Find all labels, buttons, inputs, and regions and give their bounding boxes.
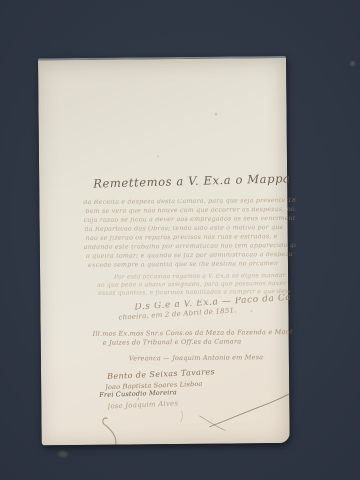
manuscript-address-line: Ill.mos Ex.mos Snr.s Cons.os da Meza da … [93, 329, 293, 337]
manuscript-body-line: andando este trabalho por arrematacao na… [84, 243, 296, 251]
photo-scene: Remettemos a V. Ex.a o Mappa incluso da … [0, 0, 360, 480]
manuscript-address-line: e Juizes do Tribunal e Off.es da Camara [103, 338, 265, 346]
manuscript-body-line: da Receita e despeza desta Camara, para … [83, 198, 295, 206]
board-pin-hole-dot [349, 60, 357, 68]
manuscript-body-line: cuja razao se ficou a dever aos empregad… [84, 216, 296, 224]
paper-speck [137, 397, 139, 400]
manuscript-body-line: nao se fizerao os reparos precisos nas r… [86, 234, 296, 242]
paper-speck [157, 155, 159, 157]
manuscript-body-line: bem se vera que nao houve com que occorr… [85, 207, 295, 215]
manuscript-heading: Remettemos a V. Ex.a o Mappa incluso [93, 173, 295, 190]
signature-line: Jose Joaquim Alves [107, 399, 211, 411]
manuscript-body-line: excede sempre a quantia que se lhe desti… [88, 261, 278, 269]
manuscript-address-line: Vereanca — Joaquim Antonio em Mesa [129, 354, 271, 362]
manuscript-petition-line: Por esta occasiao rogamos a V. Ex.a se d… [114, 273, 294, 281]
manuscript-petition-line: ao que pede o abaixo assignado, para que… [97, 281, 293, 289]
paper-speck [215, 113, 218, 116]
manuscript-body-line: o queira tomar; e quando se faz por admi… [86, 252, 294, 260]
manuscript-paper: Remettemos a V. Ex.a o Mappa incluso da … [38, 56, 290, 445]
signature-line: Bento de Seixas Tavares [107, 367, 239, 381]
paper-speck [250, 310, 252, 312]
manuscript-body-line: da Reparticao das Obras; tendo sido este… [85, 225, 296, 233]
board-smudge-mark [58, 451, 68, 457]
